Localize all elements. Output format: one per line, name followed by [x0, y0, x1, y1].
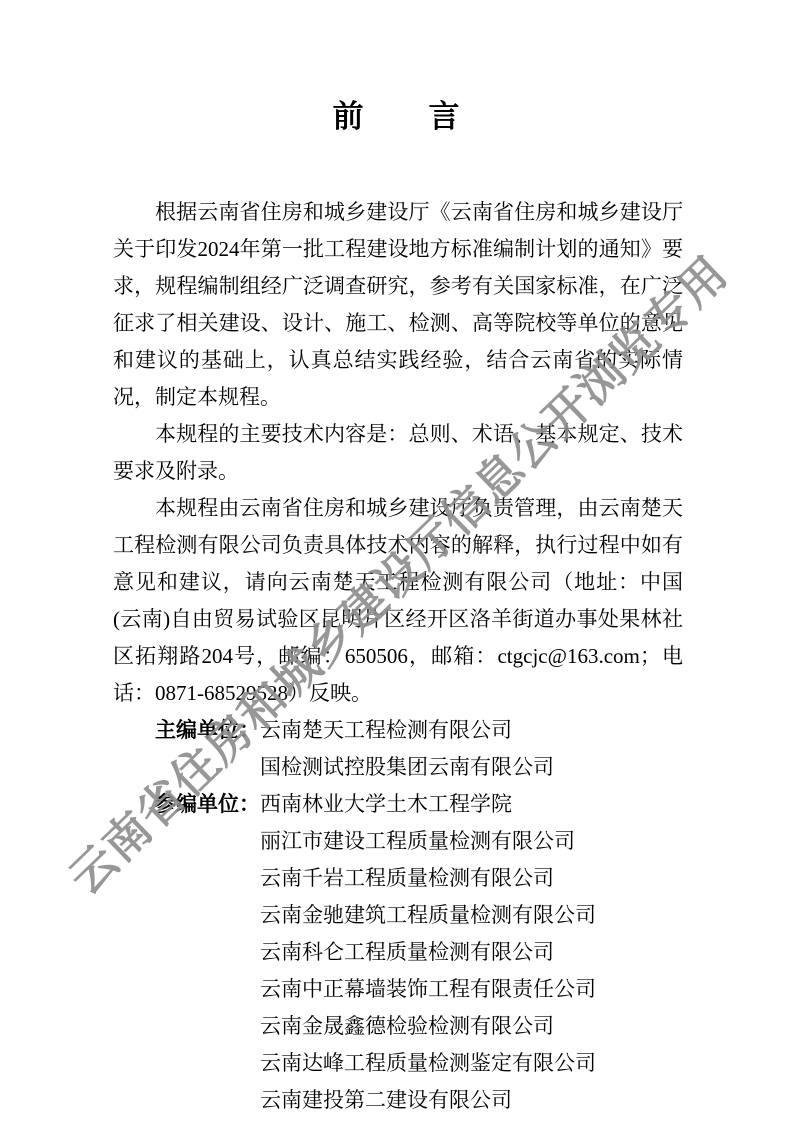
participating-unit: 丽江市建设工程质量检测有限公司 — [260, 823, 596, 860]
participating-label: 参编单位： — [155, 786, 260, 823]
participating-unit: 云南中正幕墙装饰工程有限责任公司 — [260, 971, 596, 1008]
participating-unit: 云南科仑工程质量检测有限公司 — [260, 934, 596, 971]
participating-unit: 西南林业大学土木工程学院 — [260, 786, 596, 823]
chief-editor-units: 云南楚天工程检测有限公司国检测试控股集团云南有限公司 — [260, 712, 554, 786]
document-page: 云南省住房和城乡建设厅信息公开浏览专用 前 言 根据云南省住房和城乡建设厅《云南… — [0, 0, 793, 1122]
participating-unit: 云南千岩工程质量检测有限公司 — [260, 860, 596, 897]
chief-editor-label: 主编单位： — [155, 712, 260, 749]
paragraph-list: 根据云南省住房和城乡建设厅《云南省住房和城乡建设厅关于印发2024年第一批工程建… — [113, 194, 683, 712]
participating-unit: 云南金驰建筑工程质量检测有限公司 — [260, 897, 596, 934]
document-body: 根据云南省住房和城乡建设厅《云南省住房和城乡建设厅关于印发2024年第一批工程建… — [113, 194, 683, 1119]
body-paragraph: 根据云南省住房和城乡建设厅《云南省住房和城乡建设厅关于印发2024年第一批工程建… — [113, 194, 683, 416]
participating-unit: 云南金晟鑫德检验检测有限公司 — [260, 1008, 596, 1045]
chief-editor-unit: 云南楚天工程检测有限公司 — [260, 712, 554, 749]
participating-units: 西南林业大学土木工程学院丽江市建设工程质量检测有限公司云南千岩工程质量检测有限公… — [260, 786, 596, 1119]
page-title: 前 言 — [0, 0, 793, 136]
body-paragraph: 本规程由云南省住房和城乡建设厅负责管理，由云南楚天工程检测有限公司负责具体技术内… — [113, 490, 683, 712]
participating-section: 参编单位： 西南林业大学土木工程学院丽江市建设工程质量检测有限公司云南千岩工程质… — [155, 786, 683, 1119]
chief-editor-section: 主编单位： 云南楚天工程检测有限公司国检测试控股集团云南有限公司 — [155, 712, 683, 786]
chief-editor-unit: 国检测试控股集团云南有限公司 — [260, 749, 554, 786]
participating-unit: 云南达峰工程质量检测鉴定有限公司 — [260, 1045, 596, 1082]
participating-unit: 云南建投第二建设有限公司 — [260, 1082, 596, 1119]
body-paragraph: 本规程的主要技术内容是：总则、术语、基本规定、技术要求及附录。 — [113, 416, 683, 490]
